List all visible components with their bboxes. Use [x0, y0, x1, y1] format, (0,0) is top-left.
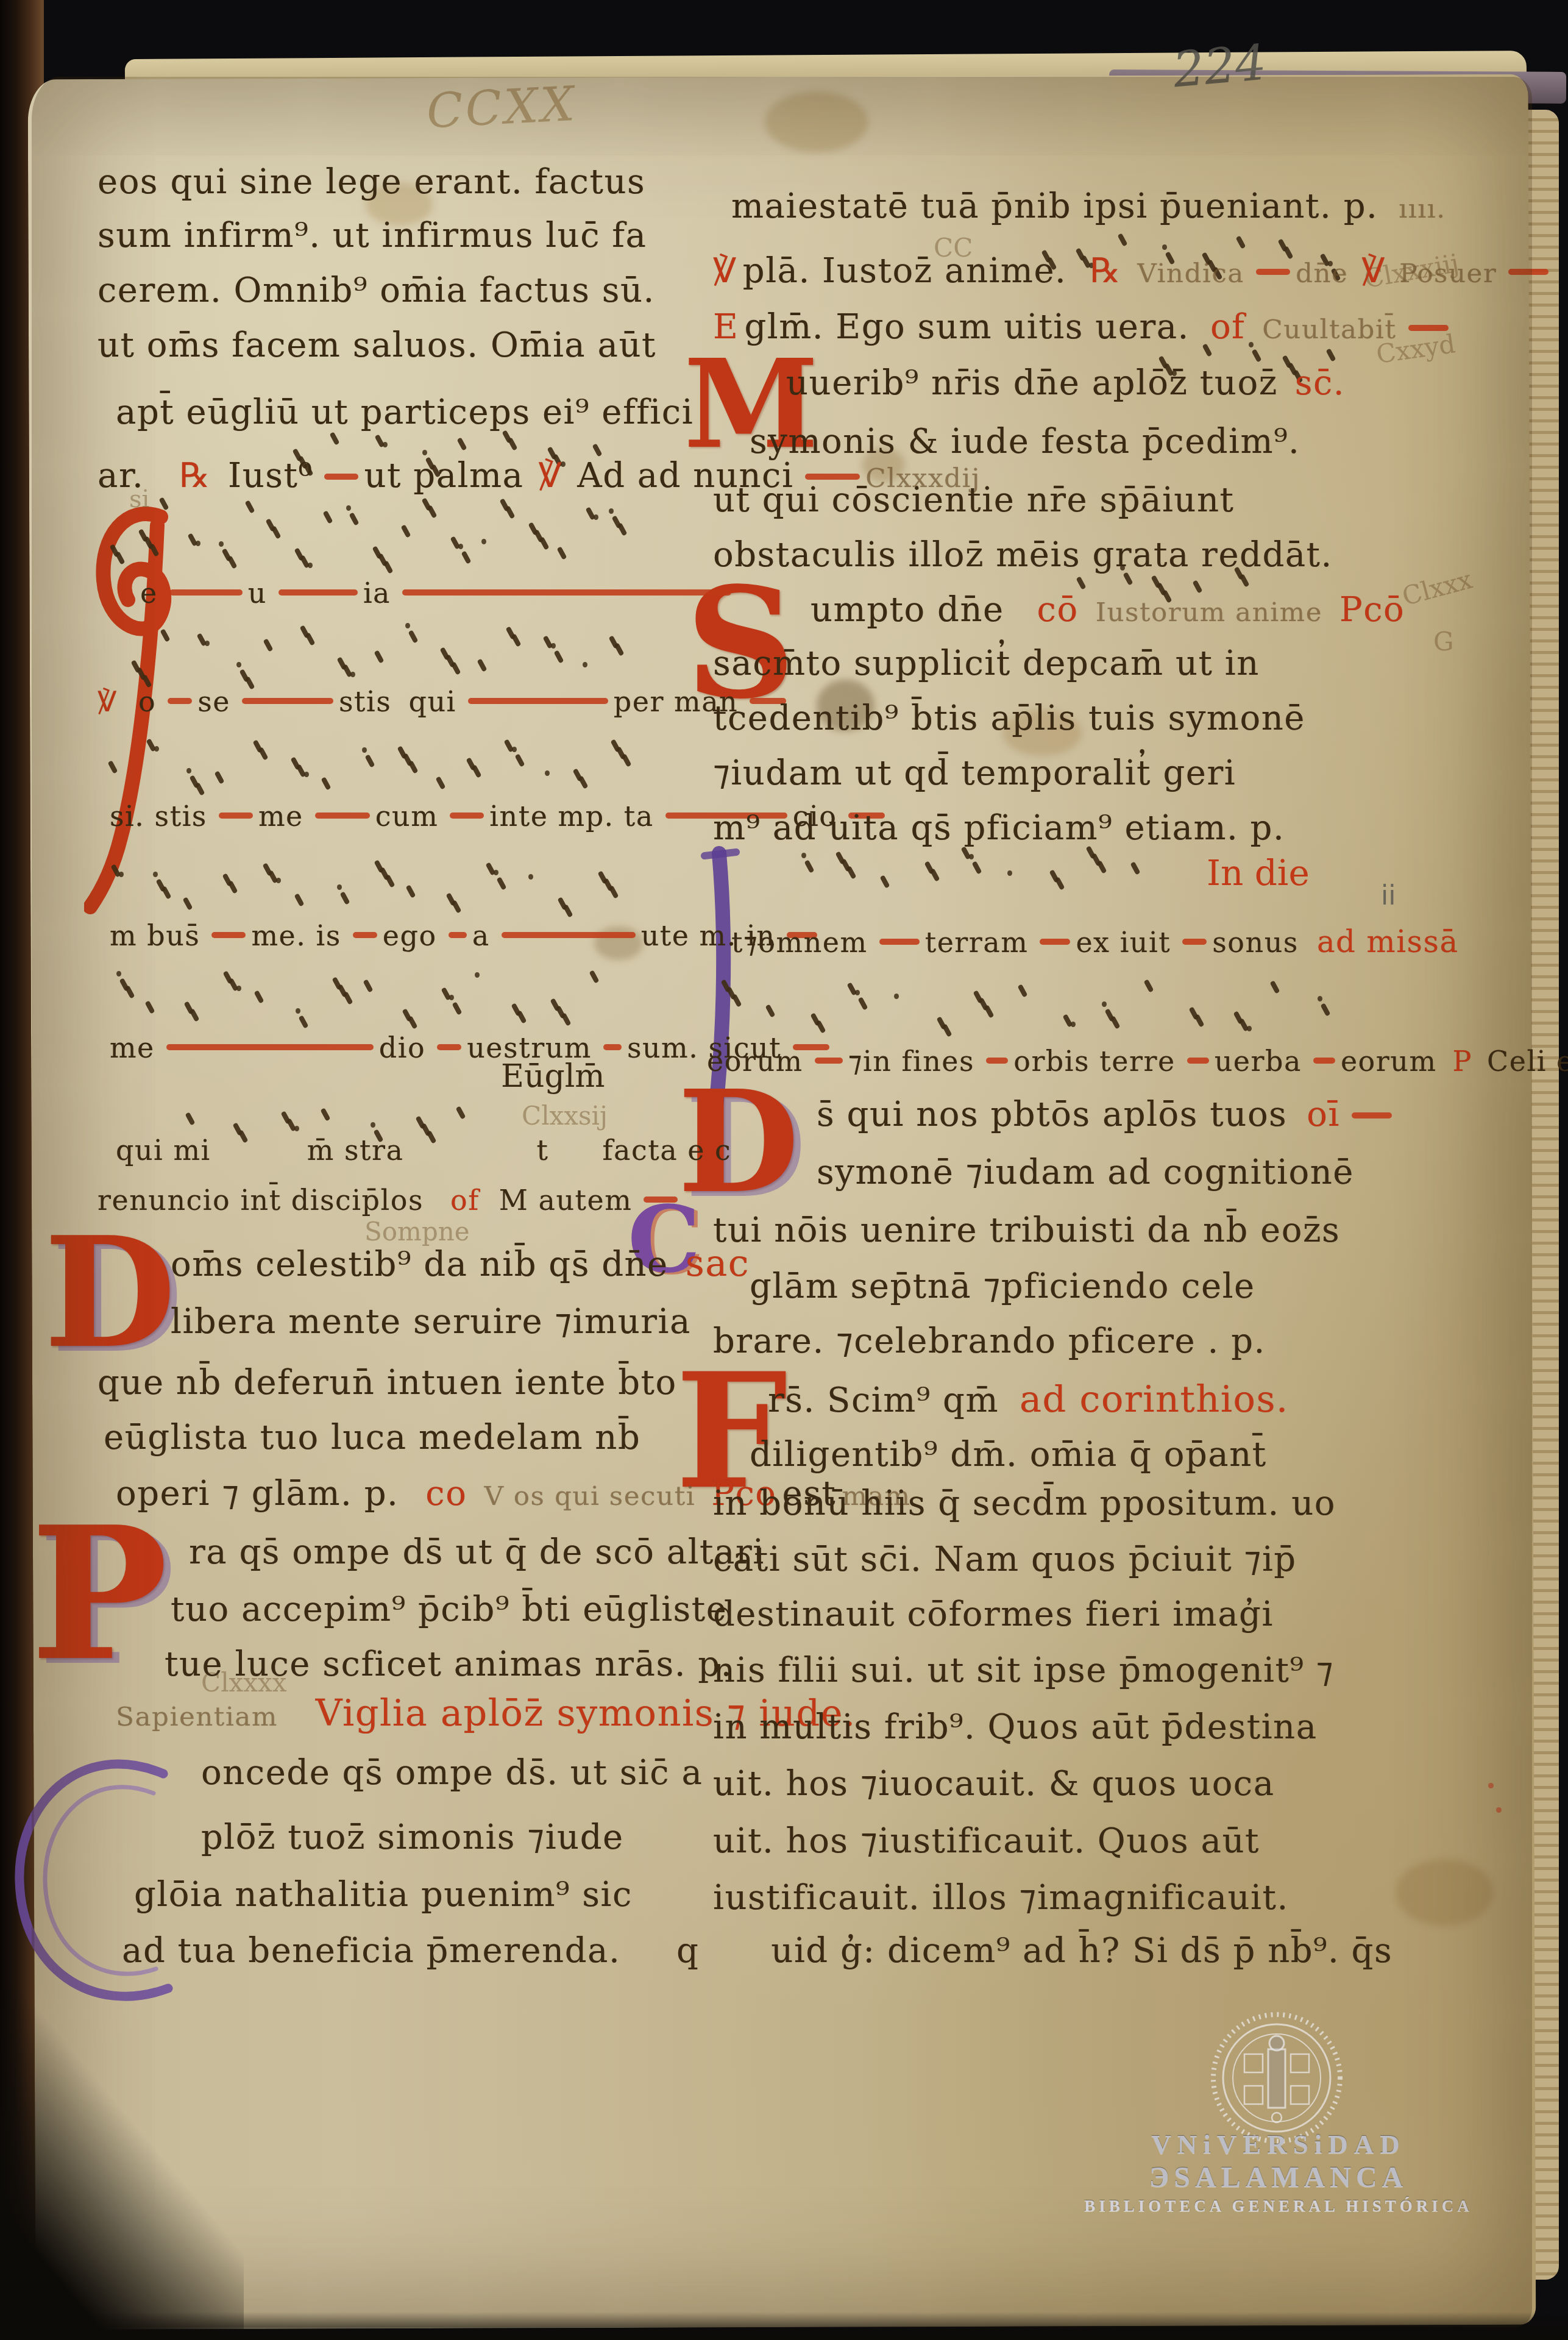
text-line: euia	[140, 578, 737, 610]
red-underline	[449, 932, 467, 938]
neume-mark	[452, 1002, 463, 1015]
neume-mark	[258, 747, 268, 760]
red-underline	[502, 932, 636, 938]
neume-mark	[408, 630, 419, 643]
text-line: eūglista tuo luca medelam nb̄	[104, 1419, 646, 1457]
text-segment: u	[248, 577, 267, 610]
neume-mark	[1326, 348, 1336, 361]
neume-mark	[205, 641, 210, 646]
text-segment: ia	[363, 577, 391, 610]
text-line: uit. hos ⁊iustificauit. Quos aūt	[713, 1823, 1265, 1861]
text-segment: ad corinthios.	[1020, 1378, 1289, 1421]
text-segment: ut qui cōscientie nr̄e sp̄āiunt	[713, 480, 1234, 520]
red-underline	[450, 813, 484, 819]
neume-mark	[401, 525, 411, 538]
neume-mark	[508, 438, 518, 451]
text-segment: renuncio int̄ discip̄los	[98, 1184, 424, 1217]
text-segment: Cuultabit̄	[1262, 314, 1396, 345]
text-segment: qui mi	[116, 1134, 211, 1167]
text-line: sum infirm⁹. ut infirmus luc̄ fa	[98, 217, 652, 255]
neume-mark	[455, 1106, 466, 1119]
neume-mark	[1252, 349, 1262, 362]
text-segment: Iustorum anime	[1096, 597, 1322, 628]
neume-mark	[383, 560, 394, 574]
stamp-salamanca-text: ЭSALAMANCA	[1084, 2161, 1474, 2194]
neume-mark	[227, 556, 238, 569]
neume-mark	[408, 1016, 418, 1030]
neume-mark	[481, 539, 486, 544]
red-underline	[1187, 1058, 1209, 1064]
text-line: tue luce scficet animas nrās. p.	[165, 1646, 738, 1684]
neume-mark	[308, 563, 313, 568]
marginal-g: G	[1433, 627, 1454, 656]
neume-mark	[969, 854, 974, 859]
neume-mark	[115, 551, 126, 564]
text-segment: E	[713, 307, 739, 347]
neume-mark	[276, 878, 281, 883]
neume-mark	[505, 505, 516, 519]
neume-mark	[539, 536, 550, 550]
neume-mark	[427, 505, 438, 518]
neume-mark	[343, 992, 353, 1005]
neume-mark	[186, 768, 191, 773]
text-segment: ℣	[98, 685, 118, 718]
text-segment: ℣	[713, 251, 737, 291]
text-segment: sonus	[1212, 926, 1299, 959]
neume-mark	[1270, 981, 1280, 994]
interlinear-sompne: Sompne	[364, 1217, 470, 1246]
neume-mark	[406, 884, 416, 898]
neume-mark	[971, 861, 982, 874]
text-line: ad tua beneficia p̄merenda.	[122, 1932, 626, 1971]
neume-mark	[405, 623, 410, 628]
text-line: in bonū hiis q̄ secd̄m ppositum. uo	[713, 1485, 1341, 1523]
neume-mark	[855, 990, 860, 995]
neume-mark	[1110, 1015, 1121, 1029]
neume-mark	[551, 643, 556, 649]
text-segment: obstaculis illoz̄ mēis grata reddāt.	[713, 535, 1333, 575]
text-segment: maiestatē tuā p̄nib ipsi p̄ueniant. p.	[731, 187, 1378, 226]
neume-mark	[1320, 1003, 1330, 1017]
text-line: libera mente seruire ⁊imuria	[171, 1303, 697, 1342]
neume-mark	[515, 754, 525, 767]
text-line: tcedentib⁹ b̄tis ap̄lis tuis symonē	[713, 700, 1311, 738]
neume-mark	[153, 872, 158, 877]
text-segment: uerba	[1215, 1045, 1302, 1078]
red-underline	[1508, 269, 1548, 275]
neume-mark	[195, 782, 205, 795]
text-segment: oī	[1307, 1095, 1340, 1134]
neume-mark	[1240, 574, 1250, 587]
ink-speck	[1488, 1783, 1494, 1788]
neume-mark	[609, 508, 614, 514]
neume-mark	[1194, 1014, 1204, 1027]
red-underline	[353, 932, 377, 938]
neume-mark	[346, 505, 351, 511]
red-underline	[168, 698, 192, 704]
text-segment: eūglista tuo luca medelam nb̄	[104, 1418, 640, 1457]
text-segment: me. is	[251, 919, 341, 952]
text-segment: ⁊iudam ut qd̄ temporalit̓ geri	[713, 753, 1236, 793]
neume-mark	[321, 777, 332, 790]
neume-mark	[1071, 1022, 1076, 1027]
text-line: ra qs̄ ompe ds̄ ut q̄ de scō altari	[189, 1534, 770, 1572]
text-segment: o	[138, 685, 156, 718]
neume-mark	[228, 880, 238, 894]
neume-mark	[984, 1005, 995, 1019]
red-underline	[1182, 939, 1207, 945]
text-segment: oncede qs̄ ompe ds̄. ut sic̄ a	[201, 1753, 703, 1793]
text-line: eorum⁊in finesorbis terreuerbaeorumPCeli…	[707, 1046, 1568, 1078]
text-segment: t	[537, 1134, 549, 1167]
text-segment: eorum	[1341, 1045, 1437, 1078]
neume-mark	[149, 543, 160, 557]
text-line: iustificauit. illos ⁊imagnificauit.	[713, 1879, 1294, 1918]
text-segment: cati sūt sc̄i. Nam quos p̄ciuit ⁊ip̄	[713, 1540, 1297, 1579]
text-line: ℣plā. Iustoz̄ anime.℞Vindicadn̄e℣Posuer	[713, 252, 1554, 291]
text-segment: symonis & iude festa p̄cedim⁹.	[750, 422, 1300, 461]
neume-mark	[732, 994, 742, 1007]
neume-mark	[296, 1008, 300, 1014]
red-underline	[815, 1058, 843, 1064]
text-line: uit. hos ⁊iuocauit. & quos uoca	[713, 1765, 1280, 1804]
text-segment: se	[197, 685, 230, 718]
neume-mark	[320, 1108, 330, 1121]
neume-mark	[1055, 877, 1065, 890]
text-segment: Celi ennar	[1487, 1045, 1568, 1078]
red-underline	[278, 589, 358, 596]
text-segment: nis filii sui. ut sit ipse p̄mogenit⁹ ⁊	[713, 1651, 1334, 1690]
neume-mark	[219, 541, 224, 547]
red-underline	[219, 813, 253, 819]
text-line: ut om̄s facem saluos. Om̄ia aūt	[98, 327, 662, 365]
red-underline	[211, 932, 246, 938]
neume-mark	[330, 432, 340, 446]
text-line: s̄ qui nos pbtōs aplōs tuosoī	[817, 1096, 1397, 1134]
text-segment: t⁊omnem	[731, 926, 868, 959]
text-segment: M autem	[499, 1184, 633, 1217]
neume-mark	[449, 995, 454, 1000]
text-segment: glm̄. Ego sum uitis uera.	[744, 307, 1190, 347]
neume-band	[125, 611, 667, 681]
text-segment: in bonū hiis q̄ secd̄m ppositum. uo	[713, 1484, 1336, 1523]
neume-mark	[528, 874, 533, 880]
neume-mark	[846, 866, 856, 879]
text-line: m⁹ ad uita qs̄ pficiam⁹ etiam. p.	[713, 809, 1290, 848]
neume-mark	[215, 770, 225, 784]
neume-mark	[1018, 984, 1028, 997]
text-segment: V os qui secuti	[484, 1481, 695, 1512]
text-line: brare. ⁊celebrando pficere . p.	[713, 1323, 1271, 1361]
text-segment: ra qs̄ ompe ds̄ ut q̄ de scō altari	[189, 1532, 765, 1572]
text-segment: ad tua beneficia p̄merenda.	[122, 1931, 620, 1971]
text-segment: uit. hos ⁊iuocauit. & quos uoca	[713, 1764, 1275, 1804]
neume-band	[107, 848, 655, 916]
neume-mark	[385, 874, 396, 887]
text-segment: ex iuit	[1076, 926, 1171, 959]
red-underline	[468, 698, 608, 704]
text-segment: facta e c	[603, 1134, 732, 1167]
text-segment: qui	[408, 685, 456, 718]
neume-mark	[422, 450, 427, 455]
neume-mark	[1236, 235, 1246, 249]
text-segment: of	[450, 1184, 480, 1217]
text-line: tui nōis uenire tribuisti da nb̄ eoz̄s	[713, 1212, 1346, 1250]
text-segment: uit. hos ⁊iustificauit. Quos aūt	[713, 1821, 1260, 1861]
text-segment: tuo accepim⁹ p̄cib⁹ b̄ti eūgliste	[171, 1590, 728, 1629]
neume-mark	[408, 761, 419, 774]
text-segment: ℞	[1090, 251, 1121, 291]
neume-mark	[363, 979, 374, 992]
text-segment: brare. ⁊celebrando pficere . p.	[713, 1321, 1266, 1361]
text-segment: ar.	[98, 456, 144, 496]
neume-mark	[236, 986, 241, 991]
neume-mark	[182, 897, 193, 911]
neume-mark	[160, 628, 170, 642]
text-segment: Iust⁰	[228, 456, 313, 496]
neume-mark	[294, 894, 305, 907]
text-line: eos qui sine lege erant. factus	[98, 163, 651, 202]
neume-mark	[1097, 861, 1107, 874]
text-line: umpto dn̄ecōIustorum animePcō	[811, 591, 1410, 630]
stamp-university-text: VNiVERSiDAD	[1084, 2128, 1474, 2160]
red-underline	[1408, 325, 1449, 331]
neume-mark	[471, 765, 481, 778]
neume-mark	[263, 638, 273, 652]
text-line: glōia nathalitia puenim⁹ sic	[134, 1876, 638, 1915]
neume-mark	[116, 971, 121, 976]
neume-mark	[1102, 1001, 1107, 1007]
text-line: cati sūt sc̄i. Nam quos p̄ciuit ⁊ip̄	[713, 1541, 1302, 1579]
neume-mark	[236, 662, 241, 667]
neume-mark	[512, 747, 517, 752]
text-segment: ad missā	[1317, 924, 1459, 959]
text-segment: symonē ⁊iudam ad cognitionē	[817, 1153, 1354, 1192]
text-segment: of	[1210, 307, 1245, 347]
neume-mark	[294, 1126, 299, 1131]
bottom-shadow	[0, 2312, 1568, 2340]
text-segment: uuerib⁹ nr̄is dn̄e aplōz̄ tuoz̄	[786, 363, 1278, 403]
text-segment: ıııı.	[1399, 193, 1446, 224]
neume-mark	[511, 634, 522, 647]
neume-mark	[815, 1020, 826, 1033]
text-segment: cum	[375, 800, 439, 833]
text-segment: P	[1453, 1045, 1472, 1078]
red-underline	[402, 589, 731, 596]
text-segment: e	[140, 577, 158, 610]
neume-mark	[589, 970, 600, 983]
neume-mark	[477, 658, 487, 672]
red-underline	[879, 939, 920, 945]
neume-band	[719, 968, 1377, 1035]
text-segment: destinauit cōformes fieri imag̓i	[713, 1595, 1274, 1634]
neume-mark	[592, 443, 603, 457]
neume-mark	[364, 754, 375, 767]
red-underline	[1313, 1058, 1335, 1064]
text-line: symonē ⁊iudam ad cognitionē	[817, 1154, 1360, 1192]
folio-number-ink: CCXX	[425, 77, 578, 140]
text-segment: stis	[339, 685, 391, 718]
neume-mark	[451, 900, 461, 914]
text-line: diligentib⁹ dm̄. om̄ia q̄ op̄ant̄	[750, 1436, 1272, 1474]
text-line: obstaculis illoz̄ mēis grata reddāt.	[713, 536, 1338, 575]
text-segment: que nb̄ deferun̄ intuen iente b̄to	[98, 1363, 677, 1403]
folio-number-pencil: 224	[1171, 34, 1268, 99]
neume-mark	[475, 972, 480, 978]
neume-mark	[323, 510, 333, 524]
neume-mark	[299, 1015, 309, 1028]
neume-mark	[765, 1004, 776, 1017]
text-line: nis filii sui. ut sit ipse p̄mogenit⁹ ⁊	[713, 1652, 1339, 1690]
text-segment: glām sep̄tnā ⁊pficiendo cele	[750, 1267, 1255, 1306]
red-underline	[1256, 269, 1290, 275]
text-segment: tcedentib⁹ b̄tis ap̄lis tuis symonē	[713, 699, 1305, 738]
neume-mark	[350, 672, 355, 677]
text-line: sacm̄to supplicit̓ depcam̄ ut in	[713, 645, 1265, 683]
neume-band	[107, 958, 643, 1028]
neume-mark	[458, 544, 463, 549]
neume-mark	[374, 650, 384, 663]
neume-mark	[1144, 979, 1154, 992]
neume-mark	[894, 994, 899, 999]
text-segment: diligentib⁹ dm̄. om̄ia q̄ op̄ant̄	[750, 1435, 1267, 1474]
text-segment: eorum	[707, 1045, 803, 1078]
text-segment: uid g̓: dicem⁹ ad h̄? Si ds̄ p̄ nb̄⁹. q̄…	[771, 1931, 1392, 1971]
text-line: que nb̄ deferun̄ intuen iente b̄to	[98, 1364, 683, 1403]
red-underline	[242, 698, 333, 704]
text-line: uuerib⁹ nr̄is dn̄e aplōz̄ tuoz̄sc̄.	[786, 365, 1350, 403]
text-segment: ⁊in fines	[848, 1045, 975, 1078]
text-segment: in multis frib⁹. Quos aūt p̄destina	[713, 1707, 1318, 1747]
neume-mark	[371, 1122, 375, 1128]
neume-mark	[578, 776, 588, 789]
neume-mark	[1076, 577, 1087, 590]
university-seal-icon	[1208, 2009, 1346, 2147]
text-segment: s̄ qui nos pbtōs aplōs tuos	[817, 1095, 1287, 1134]
neume-mark	[362, 747, 367, 753]
text-line: destinauit cōformes fieri imag̓i	[713, 1596, 1279, 1634]
neume-mark	[583, 662, 587, 667]
text-segment: ut om̄s facem saluos. Om̄ia aūt	[98, 325, 656, 365]
text-segment: ℞	[179, 456, 211, 496]
text-segment: terram	[925, 926, 1029, 959]
marginal-ii-pencil: ii	[1381, 880, 1396, 911]
neume-mark	[1007, 870, 1012, 876]
neume-mark	[594, 514, 598, 520]
red-underline	[986, 1058, 1008, 1064]
text-line: rs̄. Scim⁹ qm̄ad corinthios.	[768, 1379, 1294, 1421]
text-segment: libera mente seruire ⁊imuria	[171, 1302, 691, 1342]
neume-mark	[119, 872, 124, 877]
neume-mark	[517, 1010, 527, 1023]
text-segment: ℣	[538, 456, 562, 496]
neume-mark	[254, 990, 264, 1003]
text-segment: apt̄ eūgliū ut particeps ei⁹ effici	[116, 393, 694, 432]
neume-mark	[497, 877, 507, 891]
text-segment: si. stis	[110, 800, 207, 833]
neume-mark	[339, 891, 350, 905]
text-segment: plā. Iustoz̄ anime.	[743, 251, 1067, 291]
text-line: Eglm̄. Ego sum uitis uera.ofCuultabit̄	[713, 308, 1454, 347]
neume-band	[183, 1101, 524, 1131]
neume-mark	[304, 772, 309, 777]
text-line: t⁊omnemterramex iuitsonusad missā	[731, 925, 1464, 959]
text-line: plōz̄ tuoz̄ simonis ⁊iude	[201, 1819, 630, 1857]
neume-mark	[557, 547, 567, 560]
red-underline	[603, 1044, 622, 1050]
text-segment: uestrum	[467, 1031, 592, 1064]
text-segment: Sapientiam	[116, 1701, 278, 1732]
neume-mark	[271, 525, 282, 539]
initial-letter-d: D	[44, 1230, 176, 1355]
text-segment: plōz̄ tuoz̄ simonis ⁊iude	[201, 1818, 624, 1857]
neume-mark	[494, 870, 498, 875]
text-segment: sum infirm⁹. ut infirmus luc̄ fa	[98, 216, 647, 255]
neume-mark	[561, 1013, 572, 1026]
neume-mark	[622, 753, 632, 767]
text-line: cerem. Omnib⁹ om̄ia factus sū.	[98, 272, 661, 310]
text-segment: tue luce scficet animas nrās. p.	[165, 1645, 733, 1684]
neume-mark	[305, 632, 316, 645]
red-underline	[805, 474, 860, 480]
text-line: quid g̓: dicem⁹ ad h̄? Si ds̄ p̄ nb̄⁹. q…	[676, 1932, 1398, 1971]
text-segment: a	[472, 919, 490, 952]
text-line: glām sep̄tnā ⁊pficiendo cele	[750, 1268, 1261, 1306]
neume-mark	[337, 884, 342, 890]
text-segment: om̄s celestib⁹ da nib̄ qs̄ dn̄e	[171, 1245, 669, 1284]
text-segment: m⁹ ad uita qs̄ pficiam⁹ etiam. p.	[713, 808, 1285, 848]
red-underline	[1352, 1112, 1392, 1118]
text-segment: rs̄. Scim⁹ qm̄	[768, 1381, 999, 1420]
text-segment: m̄ stra	[307, 1134, 404, 1167]
neume-mark	[457, 437, 467, 450]
neume-mark	[1118, 233, 1128, 246]
text-segment: dio	[379, 1031, 425, 1064]
neume-mark	[858, 997, 868, 1010]
neume-mark	[154, 746, 159, 752]
text-segment: q	[676, 1931, 699, 1971]
neume-mark	[145, 1001, 155, 1014]
text-segment: me	[258, 800, 303, 833]
neume-mark	[349, 512, 360, 525]
neume-mark	[929, 868, 940, 881]
text-line: in multis frib⁹. Quos aūt p̄destina	[713, 1709, 1323, 1747]
text-segment: ut palma	[364, 456, 523, 496]
neume-mark	[185, 1112, 196, 1125]
initial-letter-p: P	[30, 1519, 168, 1669]
neume-mark	[1162, 244, 1167, 250]
text-line: ⁊iudam ut qd̄ temporalit̓ geri	[713, 755, 1241, 793]
text-segment: m bus̄	[110, 919, 200, 952]
neume-mark	[608, 885, 619, 898]
neume-mark	[159, 497, 169, 510]
rubric-in-die: In die	[1207, 852, 1310, 894]
neume-mark	[614, 643, 625, 656]
text-segment: Posuer	[1399, 258, 1497, 289]
text-segment: sc̄.	[1295, 363, 1345, 403]
text-line: om̄s celestib⁹ da nib̄ qs̄ dn̄esac	[171, 1243, 755, 1285]
text-segment: co	[425, 1474, 467, 1513]
text-line: oncede qs̄ ompe ds̄. ut sic̄ a	[201, 1754, 708, 1793]
text-line: renuncio int̄ discip̄losofM autem	[98, 1185, 683, 1217]
text-line: symonis & iude festa p̄cedim⁹.	[750, 423, 1305, 461]
text-line: apt̄ eūgliū ut particeps ei⁹ effici	[116, 394, 699, 432]
text-segment: Vindica	[1137, 258, 1244, 289]
manuscript-photo: { "page": { "pencil_folio": "224", "ink_…	[0, 0, 1568, 2340]
neume-mark	[190, 1008, 200, 1022]
neume-mark	[245, 500, 255, 513]
red-underline	[315, 813, 370, 819]
